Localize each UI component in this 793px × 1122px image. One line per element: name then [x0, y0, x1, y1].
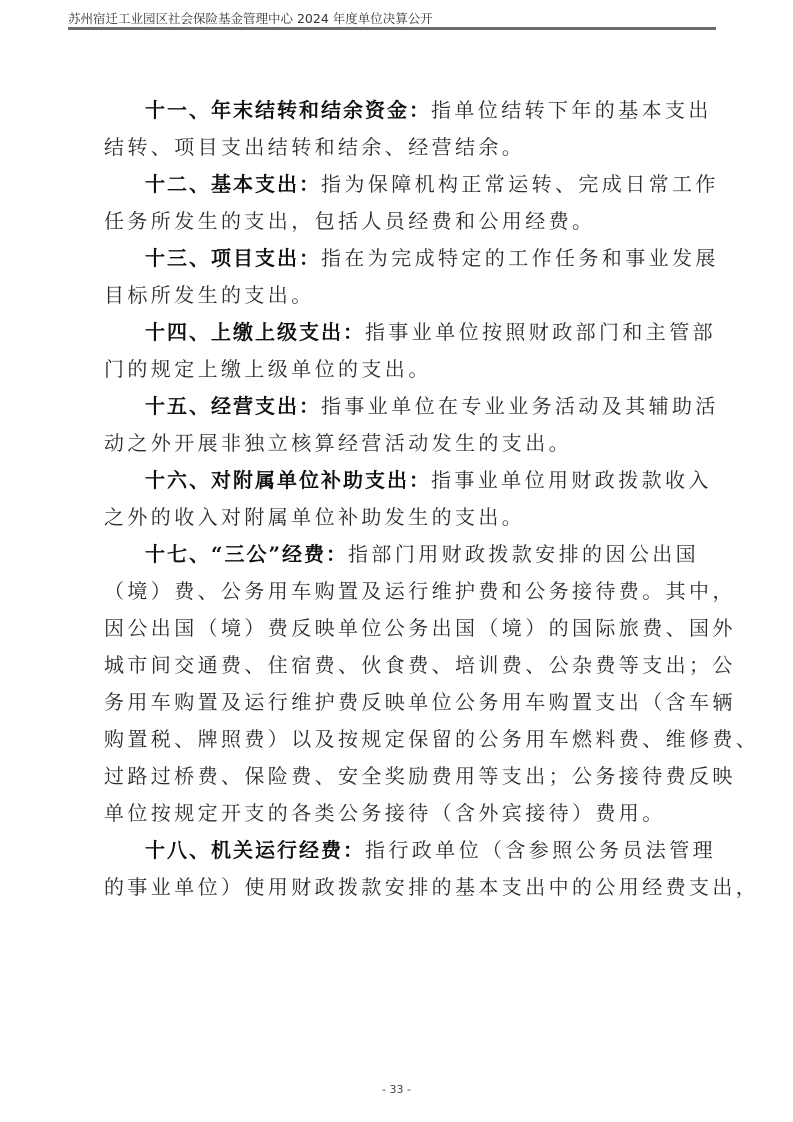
paragraph-line: 的事业单位）使用财政拨款安排的基本支出中的公用经费支出， — [104, 869, 700, 906]
paragraph-text: 指事业单位按照财政部门和主管部 — [365, 320, 716, 344]
term-heading: 十五、经营支出： — [145, 394, 321, 418]
term-heading: 十八、机关运行经费： — [145, 838, 365, 862]
paragraph-text: 指单位结转下年的基本支出 — [431, 98, 712, 122]
paragraph-text: 指在为完成特定的工作任务和事业发展 — [321, 246, 719, 270]
paragraph-line: 十五、经营支出：指事业单位在专业业务活动及其辅助活 — [104, 388, 700, 425]
term-heading: 十二、基本支出： — [145, 172, 321, 196]
paragraph-line: 十四、上缴上级支出：指事业单位按照财政部门和主管部 — [104, 314, 700, 351]
paragraph-line: 结转、项目支出结转和结余、经营结余。 — [104, 129, 700, 166]
paragraph-line: 之外的收入对附属单位补助发生的支出。 — [104, 499, 700, 536]
term-heading: 十六、对附属单位补助支出： — [145, 468, 431, 492]
paragraph-line: 购置税、牌照费）以及按规定保留的公务用车燃料费、维修费、 — [104, 721, 700, 758]
paragraph-line: 十一、年末结转和结余资金：指单位结转下年的基本支出 — [104, 92, 700, 129]
term-heading: 十七、“三公”经费： — [145, 542, 348, 566]
paragraph-line: 务用车购置及运行维护费反映单位公务用车购置支出（含车辆 — [104, 684, 700, 721]
paragraph-line: 任务所发生的支出，包括人员经费和公用经费。 — [104, 203, 700, 240]
paragraph-line: 城市间交通费、住宿费、伙食费、培训费、公杂费等支出；公 — [104, 647, 700, 684]
paragraph-text: 指事业单位用财政拨款收入 — [431, 468, 712, 492]
document-header: 苏州宿迁工业园区社会保险基金管理中心 2024 年度单位决算公开 — [68, 9, 718, 27]
term-heading: 十一、年末结转和结余资金： — [145, 98, 431, 122]
paragraph-line: 目标所发生的支出。 — [104, 277, 700, 314]
paragraph-line: 十八、机关运行经费：指行政单位（含参照公务员法管理 — [104, 832, 700, 869]
paragraph-text: 指行政单位（含参照公务员法管理 — [365, 838, 716, 862]
page-number: - 33 - — [0, 1083, 793, 1096]
paragraph-line: 因公出国（境）费反映单位公务出国（境）的国际旅费、国外 — [104, 610, 700, 647]
paragraph-line: （境）费、公务用车购置及运行维护费和公务接待费。其中， — [104, 573, 700, 610]
document-body: 十一、年末结转和结余资金：指单位结转下年的基本支出 结转、项目支出结转和结余、经… — [104, 92, 700, 906]
paragraph-line: 十二、基本支出：指为保障机构正常运转、完成日常工作 — [104, 166, 700, 203]
paragraph-line: 过路过桥费、保险费、安全奖励费用等支出；公务接待费反映 — [104, 758, 700, 795]
paragraph-text: 指为保障机构正常运转、完成日常工作 — [321, 172, 719, 196]
paragraph-line: 单位按规定开支的各类公务接待（含外宾接待）费用。 — [104, 795, 700, 832]
header-divider — [68, 27, 716, 30]
term-heading: 十三、项目支出： — [145, 246, 321, 270]
term-heading: 十四、上缴上级支出： — [145, 320, 365, 344]
paragraph-line: 十六、对附属单位补助支出：指事业单位用财政拨款收入 — [104, 462, 700, 499]
paragraph-text: 指事业单位在专业业务活动及其辅助活 — [321, 394, 719, 418]
paragraph-line: 十七、“三公”经费：指部门用财政拨款安排的因公出国 — [104, 536, 700, 573]
paragraph-line: 门的规定上缴上级单位的支出。 — [104, 351, 700, 388]
paragraph-line: 动之外开展非独立核算经营活动发生的支出。 — [104, 425, 700, 462]
paragraph-text: 指部门用财政拨款安排的因公出国 — [348, 542, 699, 566]
paragraph-line: 十三、项目支出：指在为完成特定的工作任务和事业发展 — [104, 240, 700, 277]
